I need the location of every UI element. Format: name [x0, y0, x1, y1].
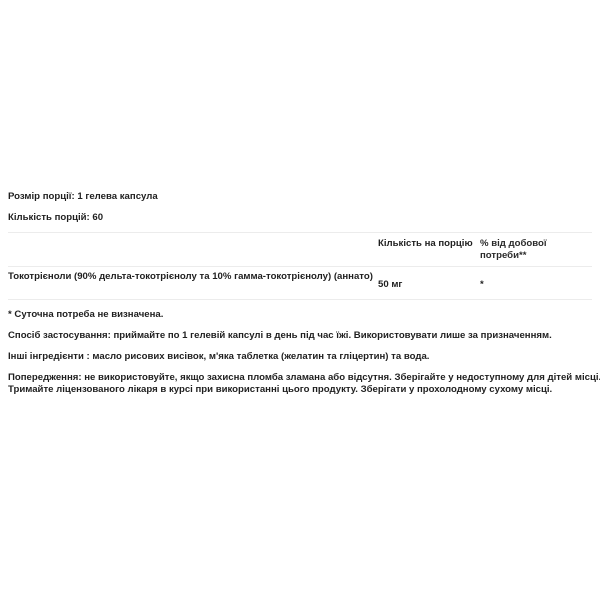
- warning-line-1: Попередження: не використовуйте, якщо за…: [8, 372, 600, 384]
- servings-per-container: Кількість порцій: 60: [8, 212, 592, 224]
- usage-directions: Спосіб застосування: приймайте по 1 геле…: [8, 330, 592, 342]
- warning: Попередження: не використовуйте, якщо за…: [8, 372, 600, 396]
- table-header-row: Кількість на порцію % від добової потреб…: [8, 233, 592, 267]
- daily-value-footnote: * Суточна потреба не визначена.: [8, 309, 592, 321]
- header-amount-per-serving: Кількість на порцію: [378, 233, 480, 267]
- header-daily-value: % від добової потреби**: [480, 233, 592, 267]
- other-ingredients: Інші інгредієнти : масло рисових висівок…: [8, 351, 592, 363]
- table-row: Токотрієноли (90% дельта-токотрієнолу та…: [8, 267, 592, 300]
- serving-size: Розмір порції: 1 гелева капсула: [8, 191, 592, 203]
- supplement-facts-table: Кількість на порцію % від добової потреб…: [8, 232, 592, 300]
- warning-line-2: Тримайте ліцензованого лікаря в курсі пр…: [8, 384, 600, 396]
- ingredient-amount: 50 мг: [378, 267, 480, 300]
- ingredient-name: Токотрієноли (90% дельта-токотрієнолу та…: [8, 267, 378, 300]
- ingredient-daily-value: *: [480, 267, 592, 300]
- supplement-facts: Розмір порції: 1 гелева капсула Кількіст…: [8, 191, 592, 396]
- header-ingredient: [8, 233, 378, 267]
